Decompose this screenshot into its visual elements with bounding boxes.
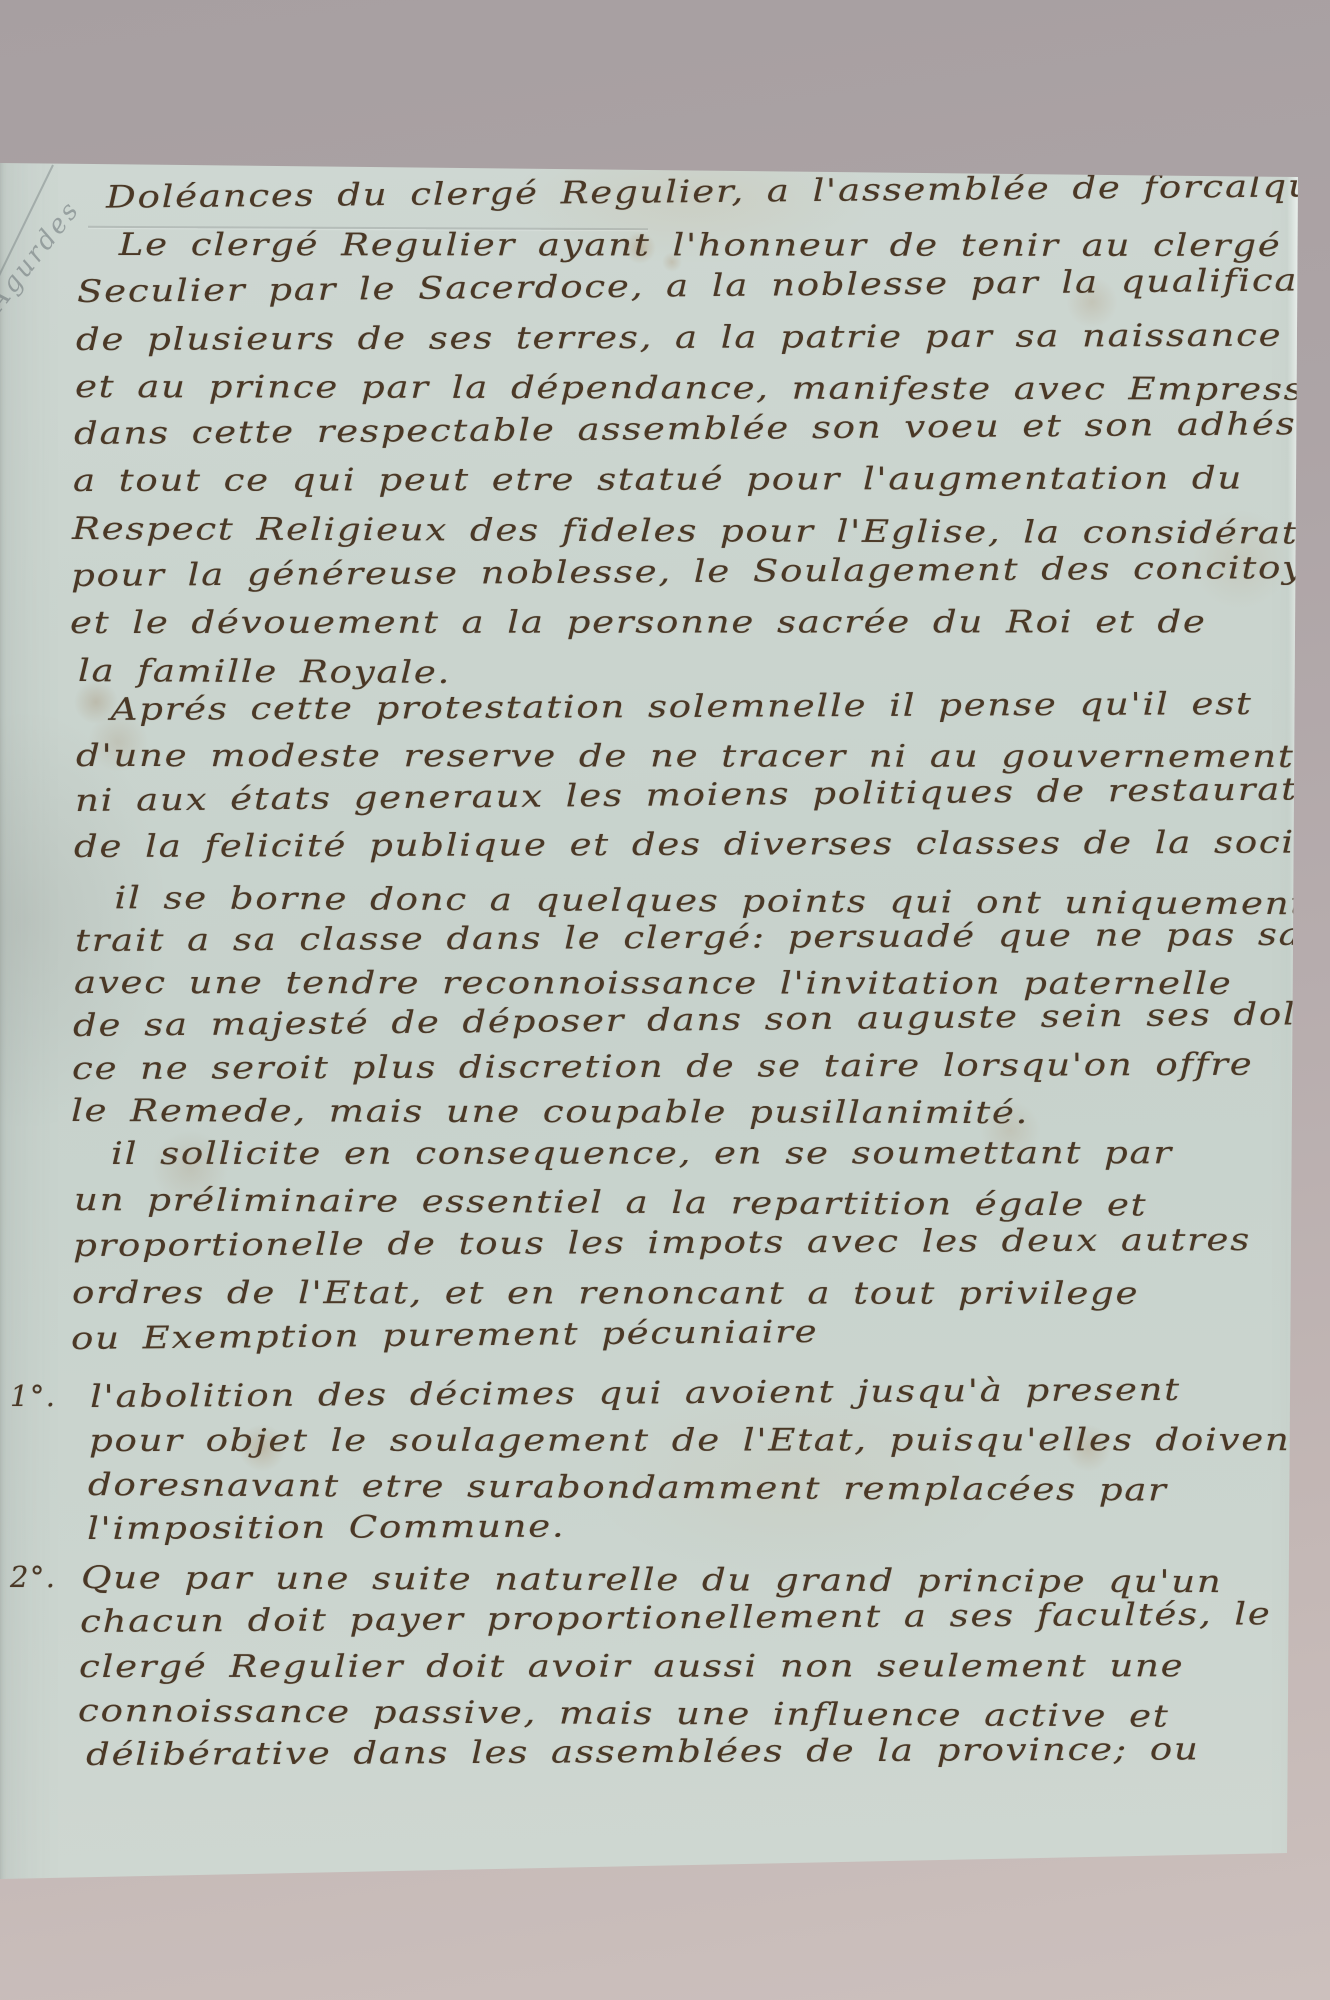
manuscript-paragraph: il se borne donc a quelques points qui o…: [74, 877, 1314, 1133]
manuscript-paragraph: Aprés cette protestation solemnelle il p…: [74, 688, 1314, 870]
manuscript-title: Doléances du clergé Regulier, a l'assemb…: [74, 175, 1314, 222]
manuscript-line: de la felicité publique et des diverses …: [74, 819, 1330, 870]
manuscript-line: a tout ce qui peut etre statué pour l'au…: [73, 455, 1330, 506]
manuscript-line: Doléances du clergé Regulier, a l'assemb…: [70, 161, 1330, 222]
manuscript-line: pour objet le soulagement de l'Etat, pui…: [89, 1418, 1330, 1463]
manuscript-line: et le dévouement a la personne sacrée du…: [70, 599, 1330, 647]
manuscript-line: il sollicite en consequence, en se soume…: [75, 1130, 1330, 1177]
manuscript-line: clergé Regulier doit avoir aussi non seu…: [79, 1644, 1330, 1689]
manuscript-line: pour la généreuse noblesse, le Soulageme…: [71, 543, 1330, 600]
manuscript-line: de plusieurs de ses terres, a la patrie …: [76, 311, 1330, 364]
manuscript-line: ce ne seroit plus discretion de se taire…: [72, 1042, 1330, 1090]
manuscript-item: 1°.l'abolition des décimes qui avoient j…: [90, 1375, 1330, 1551]
manuscript-line: Aprés cette protestation solemnelle il p…: [77, 680, 1330, 733]
manuscript-text: Doléances du clergé Regulier, a l'assemb…: [74, 0, 1318, 2000]
item-number: 1°.: [10, 1379, 56, 1413]
manuscript-line: trait a sa classe dans le clergé: persua…: [75, 912, 1330, 962]
manuscript-item: 2°.Que par une suite naturelle du grand …: [82, 1556, 1322, 1777]
item-number: 2°.: [10, 1560, 56, 1594]
manuscript-line: proportionelle de tous les impots avec l…: [73, 1216, 1330, 1270]
manuscript-paragraph: Le clergé Regulier ayant l'honneur de te…: [74, 222, 1314, 695]
manuscript-paragraph: il sollicite en consequence, en se soume…: [74, 1131, 1314, 1362]
manuscript-line: l'abolition des décimes qui avoient jusq…: [90, 1365, 1330, 1419]
manuscript-line: délibérative dans les assemblées de la p…: [86, 1726, 1330, 1778]
manuscript-line: chacun doit payer proportionellement a s…: [80, 1591, 1330, 1645]
manuscript-page: Agurdes Doléances du clergé Regulier, a …: [0, 0, 1330, 2000]
manuscript-line: l'imposition Commune.: [87, 1499, 1330, 1551]
